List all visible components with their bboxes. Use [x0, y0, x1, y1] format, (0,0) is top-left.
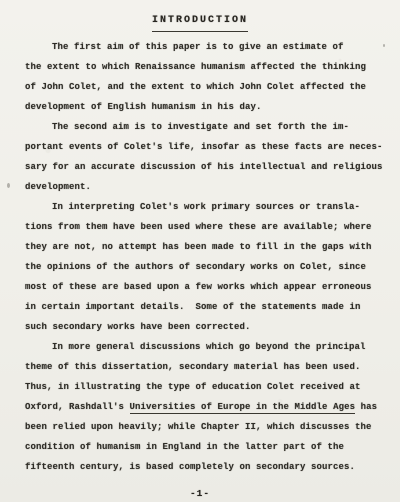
text-line: theme of this dissertation, secondary ma…	[25, 357, 380, 377]
text-line: been relied upon heavily; while Chapter …	[25, 417, 380, 437]
ink-speck	[7, 183, 10, 188]
paragraph: The first aim of this paper is to give a…	[25, 37, 380, 117]
text-line: development of English humanism in his d…	[25, 97, 380, 117]
text-line: in certain important details. Some of th…	[25, 297, 380, 317]
text-line: Thus, in illustrating the type of educat…	[25, 377, 380, 397]
text-segment: has	[355, 402, 377, 412]
text-line: In more general discussions which go bey…	[25, 337, 380, 357]
text-line: most of these are based upon a few works…	[25, 277, 380, 297]
text-segment: Oxford, Rashdall's	[25, 402, 130, 412]
document-page: INTRODUCTION The first aim of this paper…	[0, 0, 400, 502]
text-line: The second aim is to investigate and set…	[25, 117, 380, 137]
text-line: sary for an accurate discussion of his i…	[25, 157, 380, 177]
ink-speck	[383, 44, 385, 47]
text-line: In interpreting Colet's work primary sou…	[25, 197, 380, 217]
text-line: fifteenth century, is based completely o…	[25, 457, 380, 477]
text-line: development.	[25, 177, 380, 197]
text-line: Oxford, Rashdall's Universities of Europ…	[25, 397, 380, 417]
title-row: INTRODUCTION	[0, 9, 400, 29]
text-line: the extent to which Renaissance humanism…	[25, 57, 380, 77]
text-line: they are not, no attempt has been made t…	[25, 237, 380, 257]
text-line: such secondary works have been corrected…	[25, 317, 380, 337]
page-number: -1-	[0, 488, 400, 499]
text-line: tions from them have been used where the…	[25, 217, 380, 237]
text-line: The first aim of this paper is to give a…	[25, 37, 380, 57]
text-line: portant events of Colet's life, insofar …	[25, 137, 380, 157]
paragraph: The second aim is to investigate and set…	[25, 117, 380, 197]
book-title-underlined: Universities of Europe in the Middle Age…	[130, 402, 356, 414]
ink-speck	[176, 46, 178, 48]
paragraph: In more general discussions which go bey…	[25, 337, 380, 477]
page-title: INTRODUCTION	[152, 12, 248, 32]
document-body: The first aim of this paper is to give a…	[25, 37, 380, 477]
text-line: the opinions of the authors of secondary…	[25, 257, 380, 277]
text-line: of John Colet, and the extent to which J…	[25, 77, 380, 97]
paragraph: In interpreting Colet's work primary sou…	[25, 197, 380, 337]
text-line: condition of humanism in England in the …	[25, 437, 380, 457]
